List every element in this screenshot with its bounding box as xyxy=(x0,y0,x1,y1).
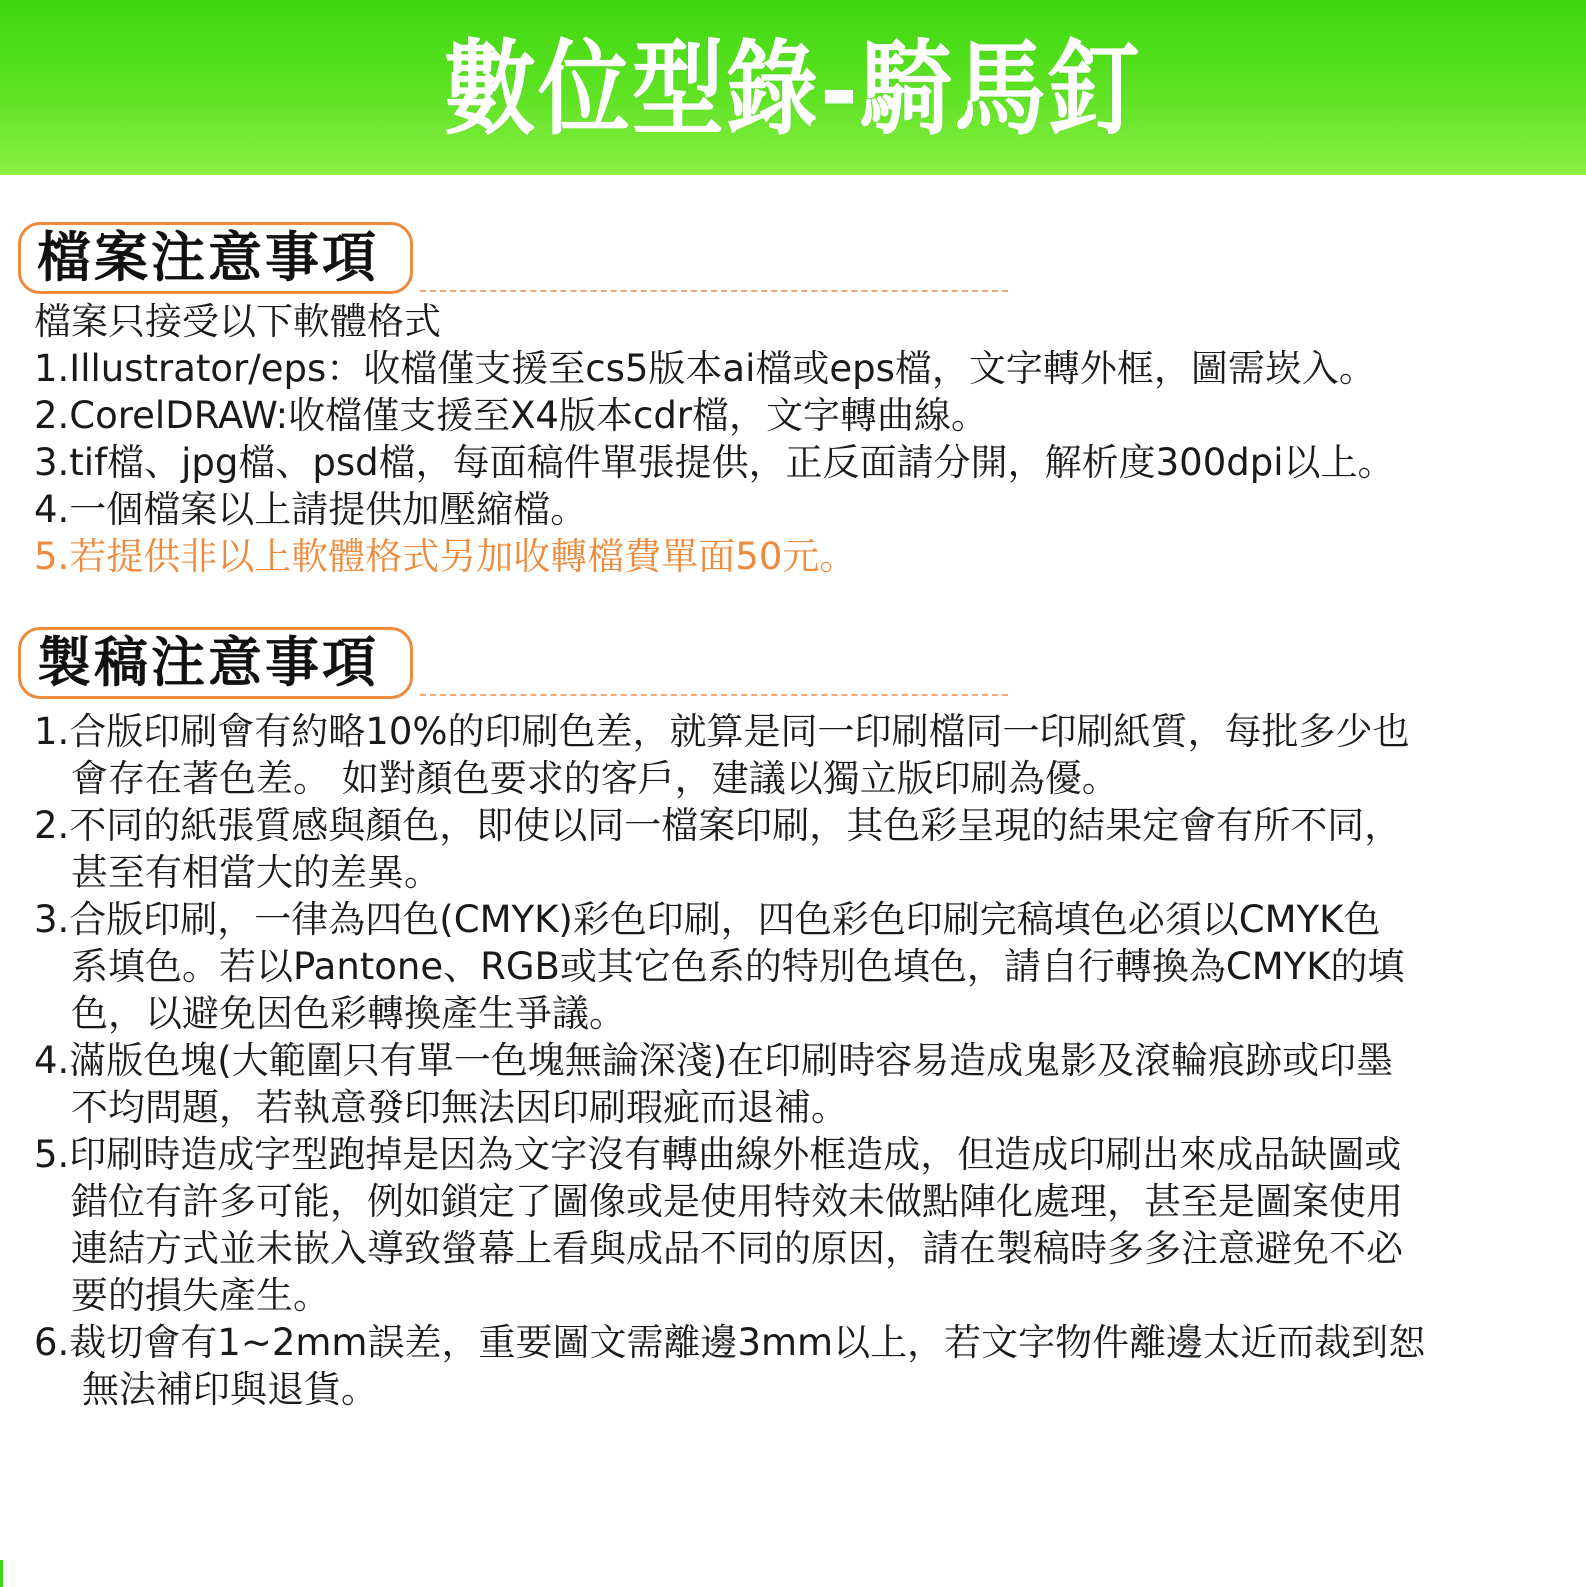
file-note-item: 2.CorelDRAW:收檔僅支援至X4版本cdr檔，文字轉曲線。 xyxy=(34,392,1395,439)
artwork-note-continuation: 會存在著色差。 如對顏色要求的客戶，建議以獨立版印刷為優。 xyxy=(34,755,1425,802)
artwork-note-item: 3.合版印刷，一律為四色(CMYK)彩色印刷，四色彩色印刷完稿填色必須以CMYK… xyxy=(34,896,1425,943)
title-banner: 數位型錄-騎馬釘 xyxy=(0,0,1586,175)
artwork-note-continuation: 要的損失產生。 xyxy=(34,1272,1425,1319)
file-note-fee-item: 5.若提供非以上軟體格式另加收轉檔費單面50元。 xyxy=(34,533,1395,580)
artwork-note-continuation: 甚至有相當大的差異。 xyxy=(34,849,1425,896)
edge-accent-bar xyxy=(0,1560,3,1587)
section-heading-label: 製稿注意事項 xyxy=(37,636,379,690)
artwork-note-continuation: 錯位有許多可能，例如鎖定了圖像或是使用特效未做點陣化處理，甚至是圖案使用 xyxy=(34,1178,1425,1225)
artwork-note-item: 6.裁切會有1~2mm誤差，重要圖文需離邊3mm以上，若文字物件離邊太近而裁到恕 xyxy=(34,1319,1425,1366)
artwork-note-item: 4.滿版色塊(大範圍只有單一色塊無論深淺)在印刷時容易造成鬼影及滾輪痕跡或印墨 xyxy=(34,1037,1425,1084)
file-notes-list: 檔案只接受以下軟體格式 1.Illustrator/eps：收檔僅支援至cs5版… xyxy=(34,298,1395,580)
file-notes-intro: 檔案只接受以下軟體格式 xyxy=(34,298,1395,345)
artwork-note-item: 1.合版印刷會有約略10%的印刷色差，就算是同一印刷檔同一印刷紙質，每批多少也 xyxy=(34,708,1425,755)
section-heading-artwork-notes: 製稿注意事項 xyxy=(18,627,413,699)
artwork-note-item: 5.印刷時造成字型跑掉是因為文字沒有轉曲線外框造成，但造成印刷出來成品缺圖或 xyxy=(34,1131,1425,1178)
section-heading-label: 檔案注意事項 xyxy=(37,231,379,285)
page-title: 數位型錄-騎馬釘 xyxy=(444,7,1142,155)
section-heading-file-notes: 檔案注意事項 xyxy=(18,222,413,294)
file-note-item: 4.一個檔案以上請提供加壓縮檔。 xyxy=(34,486,1395,533)
artwork-note-item: 2.不同的紙張質感與顏色，即使以同一檔案印刷，其色彩呈現的結果定會有所不同， xyxy=(34,802,1425,849)
artwork-note-continuation: 無法補印與退貨。 xyxy=(34,1366,1425,1413)
artwork-note-continuation: 連結方式並未嵌入導致螢幕上看與成品不同的原因，請在製稿時多多注意避免不必 xyxy=(34,1225,1425,1272)
artwork-notes-list: 1.合版印刷會有約略10%的印刷色差，就算是同一印刷檔同一印刷紙質，每批多少也 … xyxy=(34,708,1425,1413)
artwork-note-continuation: 不均問題，若執意發印無法因印刷瑕疵而退補。 xyxy=(34,1084,1425,1131)
file-note-item: 1.Illustrator/eps：收檔僅支援至cs5版本ai檔或eps檔，文字… xyxy=(34,345,1395,392)
dashed-divider xyxy=(420,290,1008,292)
file-note-item: 3.tif檔、jpg檔、psd檔，每面稿件單張提供，正反面請分開，解析度300d… xyxy=(34,439,1395,486)
dashed-divider xyxy=(420,694,1008,696)
artwork-note-continuation: 色，以避免因色彩轉換產生爭議。 xyxy=(34,990,1425,1037)
artwork-note-continuation: 系填色。若以Pantone、RGB或其它色系的特別色填色，請自行轉換為CMYK的… xyxy=(34,943,1425,990)
